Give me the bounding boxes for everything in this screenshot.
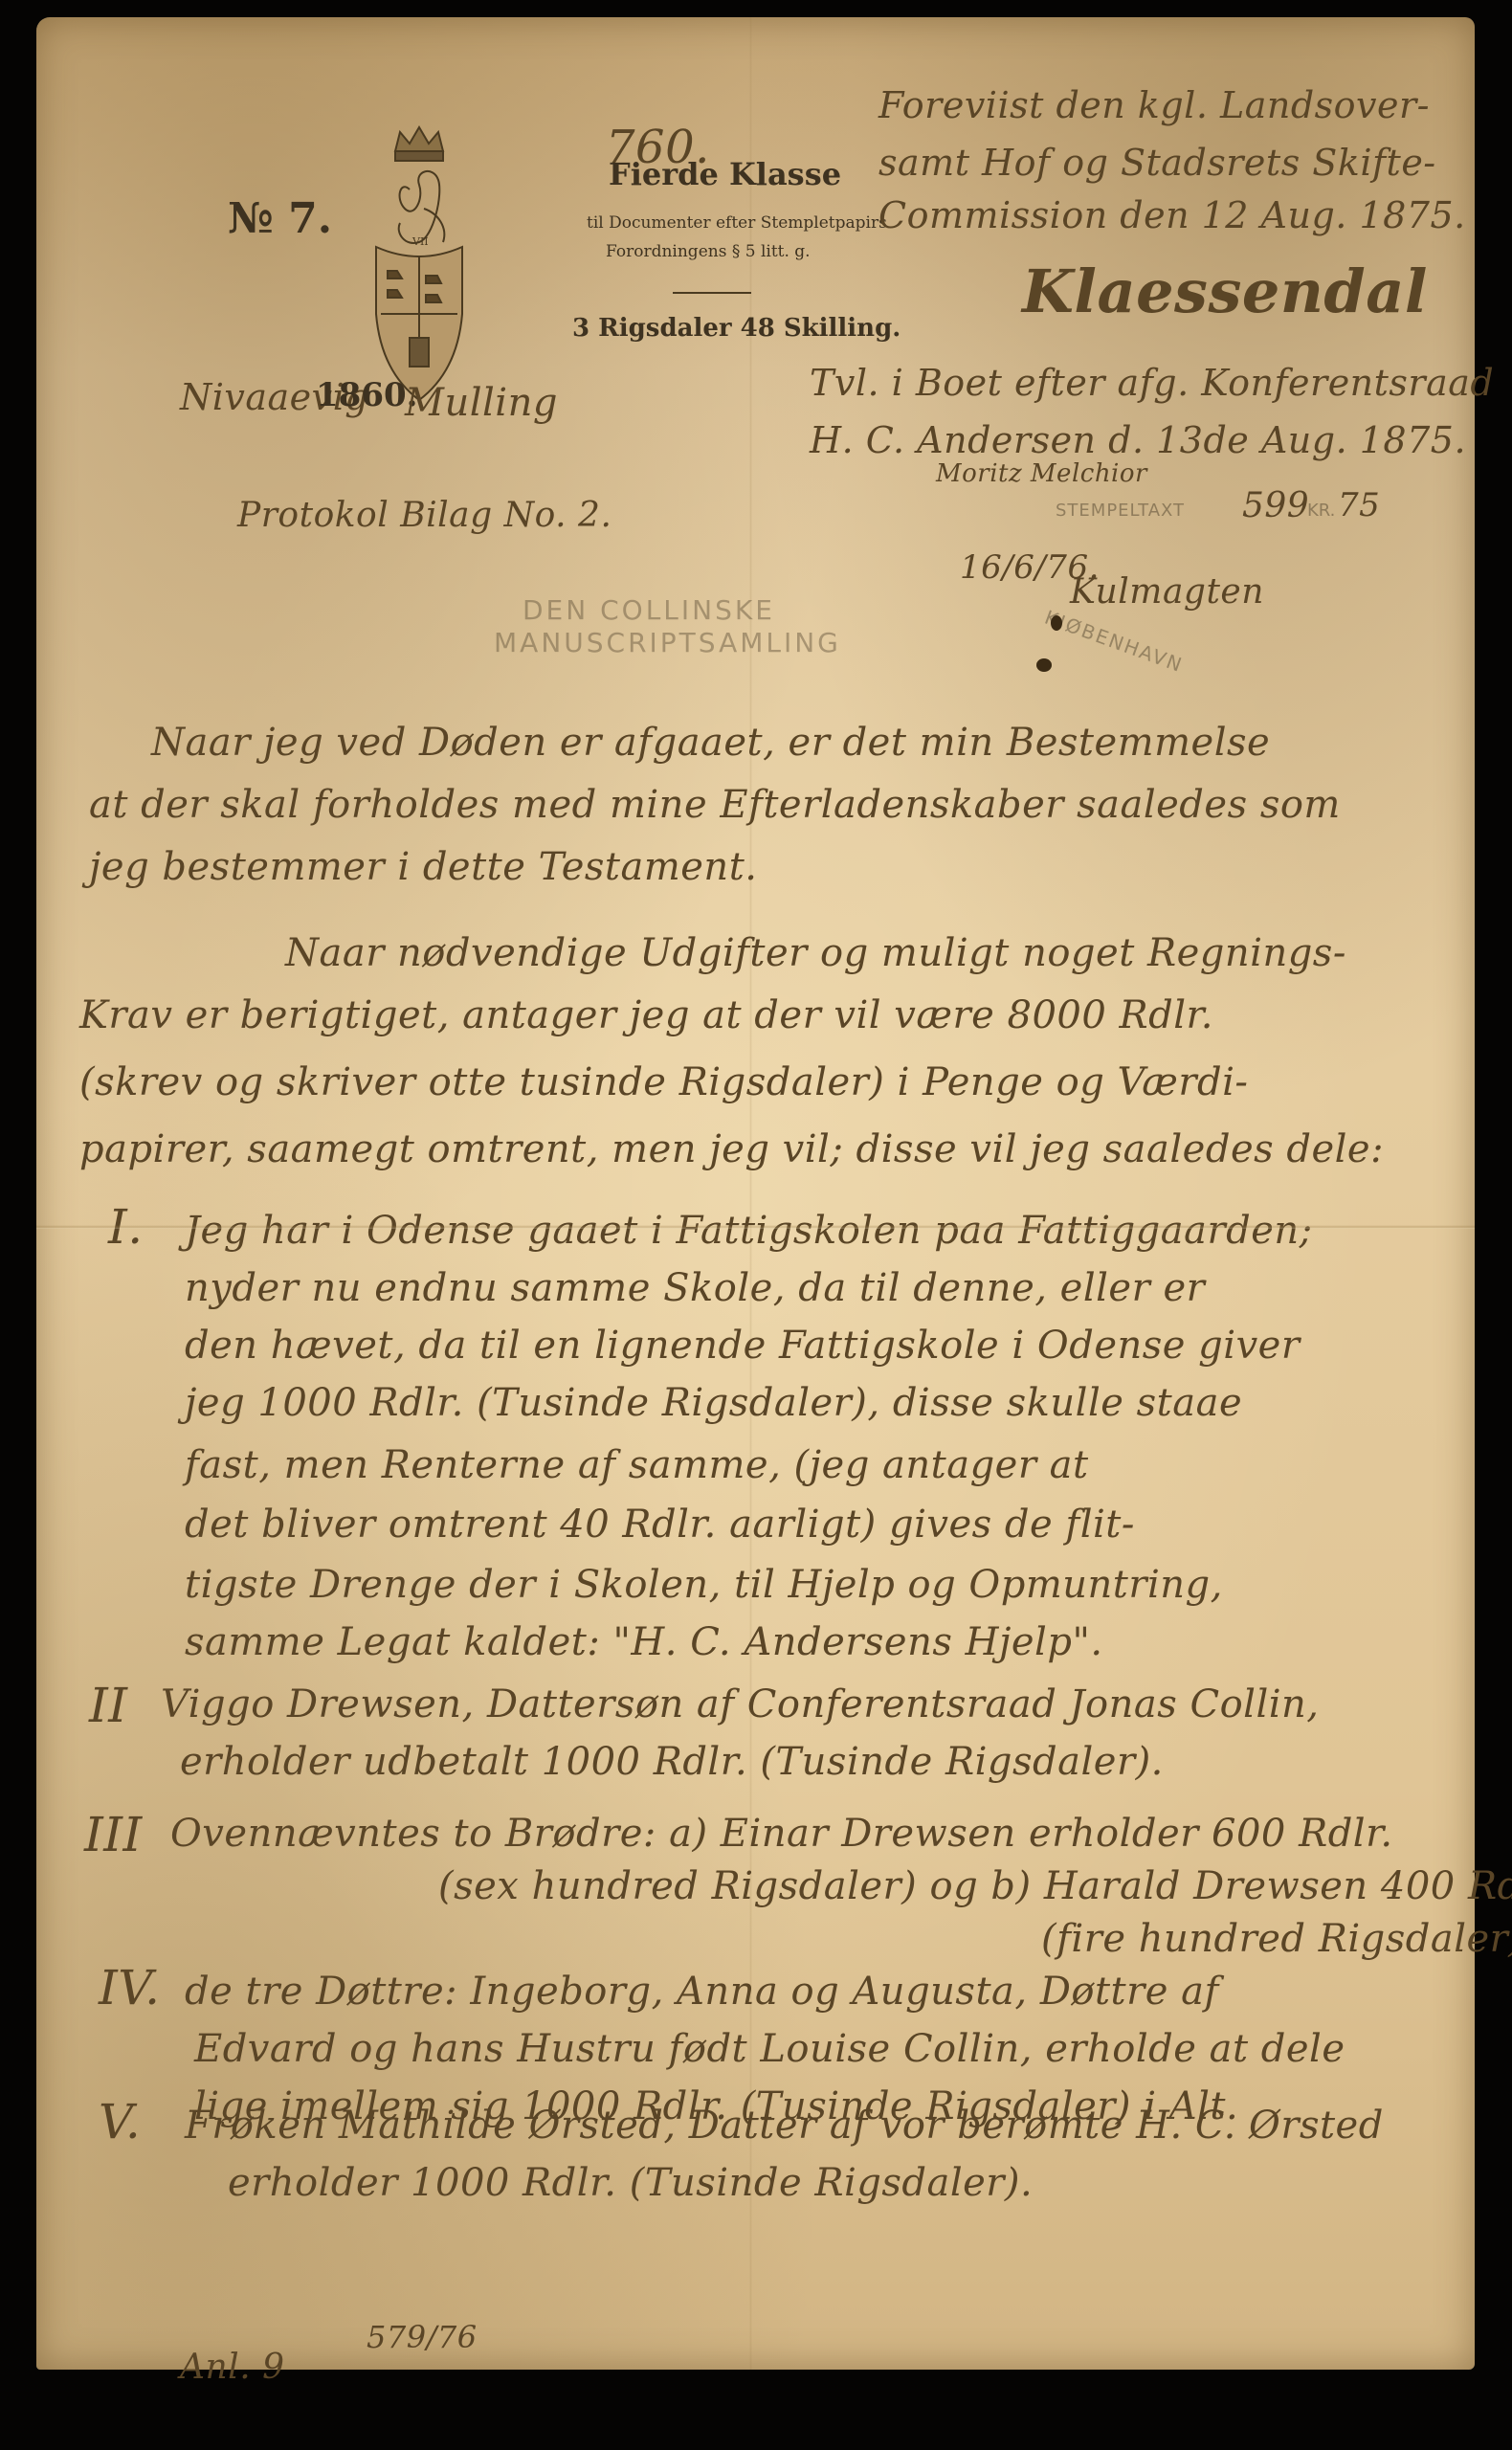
stamp-class-label: Fierde Klasse [609,156,841,192]
section-number: I. [108,1199,144,1255]
section-line: Frøken Mathilde Ørsted, Datter af vor be… [185,2104,1384,2148]
section-line: erholder 1000 Rdlr. (Tusinde Rigsdaler). [228,2161,1033,2205]
section-line: nyder nu endnu samme Skole, da til denne… [185,1266,1205,1310]
intro-line: at der skal forholdes med mine Efterlade… [89,783,1341,827]
section-number: III [84,1807,143,1862]
section-line: samme Legat kaldet: "H. C. Andersens Hje… [185,1620,1103,1664]
probate-line1: Tvl. i Boet efter afg. Konferentsraad [810,362,1494,404]
para-line: papirer, saamegt omtrent, men jeg vil; d… [79,1127,1384,1171]
royal-crest-icon: VII [367,122,472,410]
probate-line2: H. C. Andersen d. 13de Aug. 1875. [810,419,1466,461]
note-line1: Foreviist den kgl. Landsover- [878,84,1430,126]
note-line3: Commission den 12 Aug. 1875. [878,194,1466,236]
para-line: (skrev og skriver otte tusinde Rigsdaler… [79,1060,1248,1104]
dateline-year: 1860. [316,376,417,414]
note-line2: samt Hof og Stadsrets Skifte- [878,142,1436,184]
section-line: de tre Døttre: Ingeborg, Anna og Augusta… [185,1970,1219,2014]
signature-commission: Klaessendal [1022,256,1428,326]
stamp-description-line1: til Documenter efter Stempletpapirs [587,213,887,233]
fold-line [749,17,752,2370]
section-line: jeg 1000 Rdlr. (Tusinde Rigsdaler), diss… [185,1381,1242,1425]
stamp-tax-unit: KR. [1307,501,1335,521]
section-line: fast, men Renterne af samme, (jeg antage… [185,1443,1089,1487]
stamp-description-line2: Forordningens § 5 litt. g. [606,242,811,261]
archive-stamp-line2: MANUSCRIPTSAMLING [494,627,841,659]
section-line: den hævet, da til en lignende Fattigskol… [185,1324,1300,1368]
section-line: (sex hundred Rigsdaler) og b) Harald Dre… [438,1864,1512,1908]
section-line: erholder udbetalt 1000 Rdlr. (Tusinde Ri… [180,1740,1164,1784]
protokol-reference: Protokol Bilag No. 2. [237,496,611,535]
intro-line: Naar jeg ved Døden er afgaaet, er det mi… [151,721,1270,765]
section-line: tigste Drenge der i Skolen, til Hjelp og… [185,1563,1223,1607]
divider [673,292,751,294]
intro-line: jeg bestemmer i dette Testament. [89,845,757,889]
section-line: Ovennævntes to Brødre: a) Einar Drewsen … [170,1812,1393,1856]
archive-stamp: DEN COLLINSKE MANUSCRIPTSAMLING [494,594,841,659]
para-line: Naar nødvendige Udgifter og muligt noget… [285,931,1346,975]
dateline-word: Mulling [405,381,558,425]
section-line: Jeg har i Odense gaaet i Fattigskolen pa… [185,1209,1313,1253]
section-line: det bliver omtrent 40 Rdlr. aarligt) giv… [185,1503,1135,1547]
footer-annotation: Anl. 9 [180,2348,285,2387]
section-number: II [89,1678,128,1733]
stamp-number: № 7. [228,194,332,243]
city-stamp: KIØBENHAVN [1041,606,1186,678]
section-line: Edvard og hans Hustru født Louise Collin… [194,2027,1345,2071]
section-number: IV. [99,1960,161,2016]
document-paper: № 7. VII 760. Fierde Klasse til Document… [36,17,1475,2370]
signature-melchior: Moritz Melchior [936,459,1147,488]
svg-text:VII: VII [411,235,429,248]
signature-tax-official: Kulmagten [1070,572,1264,612]
ink-blot [1051,615,1062,631]
archive-stamp-line1: DEN COLLINSKE [494,594,841,627]
stamp-tax-amount: 599 [1242,486,1309,525]
footer-number: 579/76 [367,2319,478,2355]
ink-blot [1036,658,1052,672]
stamp-tax-ore: 75 [1338,486,1380,524]
section-line: (fire hundred Rigsdaler) [1041,1917,1512,1961]
section-number: V. [99,2094,141,2149]
stamp-tax-label: STEMPELTAXT [1056,501,1185,521]
section-line: Viggo Drewsen, Dattersøn af Conferentsra… [161,1682,1320,1726]
stamp-price: 3 Rigsdaler 48 Skilling. [572,314,901,343]
para-line: Krav er berigtiget, antager jeg at der v… [79,993,1213,1037]
